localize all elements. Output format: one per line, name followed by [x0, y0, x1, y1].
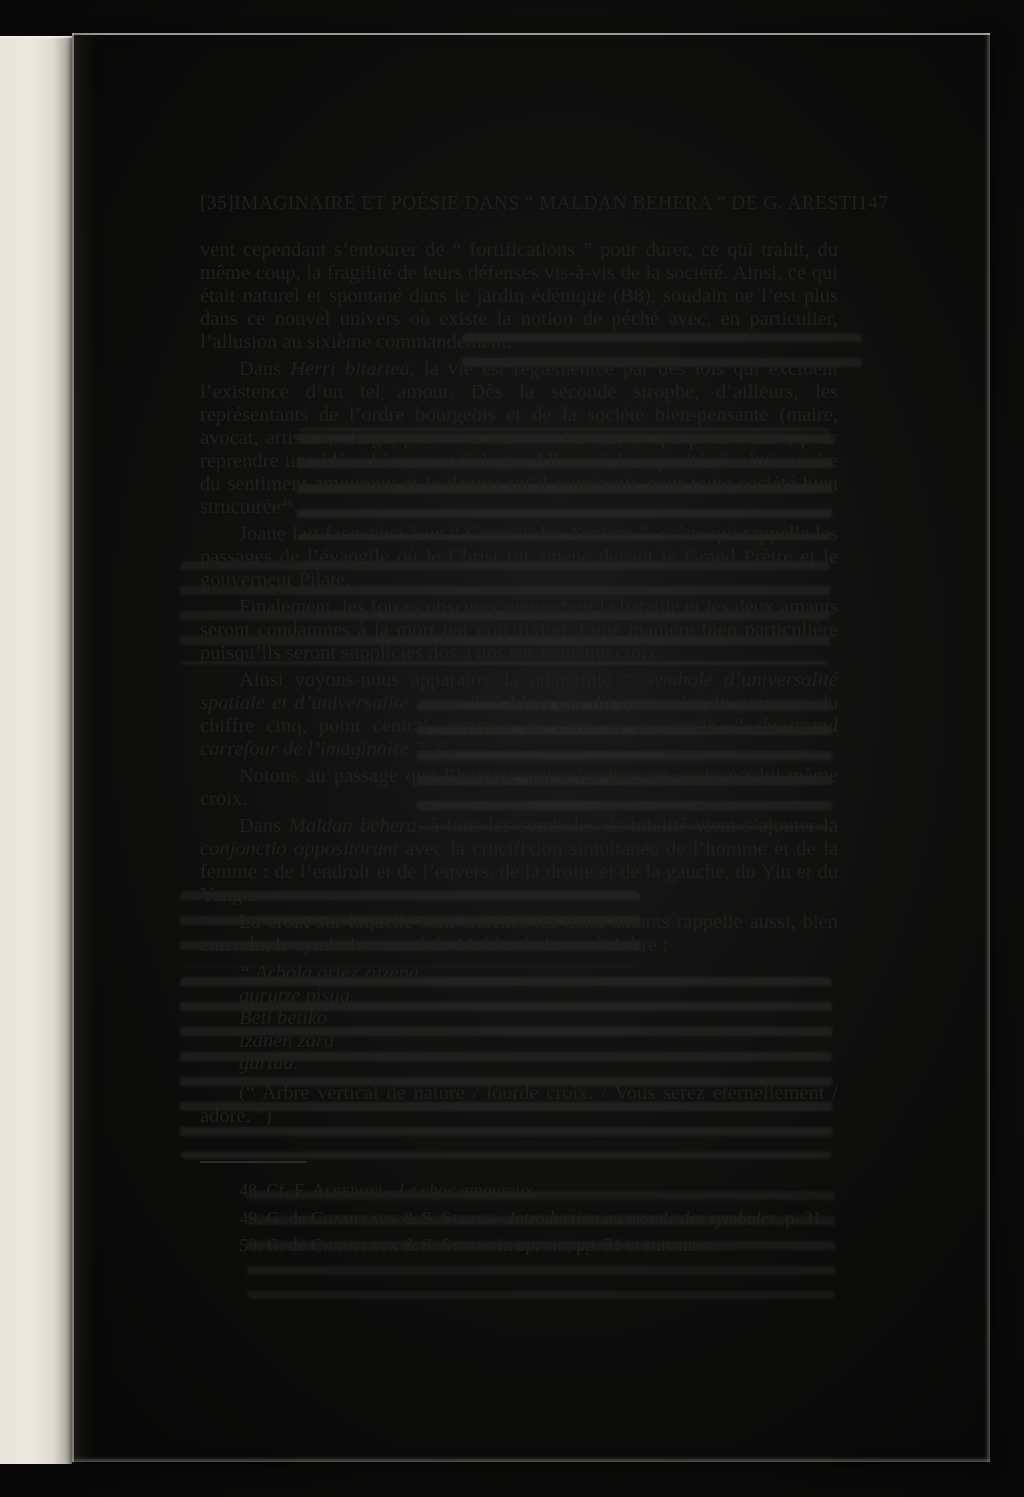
text-segment: 48 [281, 496, 293, 510]
paragraph: La croix sur laquelle sont attachés les … [200, 911, 838, 957]
text-segment: conjonctio oppositorum [200, 838, 398, 860]
poem-line: Beti betiko [239, 1007, 838, 1030]
text-segment: 49. G. de [239, 1208, 311, 1228]
footnote-separator-rule [200, 1161, 307, 1163]
text-segment: Sterks [441, 1208, 494, 1228]
poem-line: “ Arbola artez zuzena [239, 962, 838, 985]
text-segment: , à tous les symboles de totalité vient … [417, 815, 838, 837]
section-marker: [35] [200, 193, 234, 215]
book-page: [35] IMAGINAIRE ET POÉSIE DANS “ MALDAN … [72, 33, 990, 1462]
text-segment: Alberoni [312, 1180, 383, 1200]
poem-quote: “ Arbola artez zuzenagurutze pisua.Beti … [239, 962, 838, 1075]
text-segment: 50. G. de [239, 1235, 311, 1255]
text-segment: 48. Cf. F. [239, 1180, 312, 1200]
text-segment: Le choc amoureux. [398, 1180, 537, 1200]
text-segment: , p. 31. [776, 1208, 826, 1228]
running-head: [35] IMAGINAIRE ET POÉSIE DANS “ MALDAN … [200, 193, 838, 215]
text-segment: op. cit. [517, 1235, 567, 1255]
paragraph: Joane fait face ainsi à un “ Conseil des… [200, 523, 838, 592]
text-segment: . [293, 496, 298, 518]
text-segment: - [493, 1208, 508, 1228]
text-segment: Champeaux [311, 1235, 399, 1255]
footnotes-section: 48. Cf. F. Alberoni - Le choc amoureux.4… [200, 1161, 838, 1262]
text-segment: vent cependant s’entourer de “ fortifica… [200, 239, 838, 353]
text-segment: 49 [484, 692, 502, 706]
text-segment: Sterks [441, 1235, 494, 1255]
text-segment: 50 [431, 738, 446, 752]
paragraph: Ainsi voyons-nous apparaître la quaterni… [200, 669, 838, 761]
paragraph: Notons au passage que l’homme qui a les … [200, 765, 838, 811]
poem-line: izanen zara [239, 1030, 838, 1053]
text-segment: Finalement, les forces obscures remporte… [200, 596, 838, 664]
poem-line: gurtua. ” [239, 1052, 838, 1075]
text-segment: (“ Arbre vertical de nature / lourde cro… [200, 1082, 838, 1127]
article-body: vent cependant s’entourer de “ fortifica… [200, 239, 838, 1132]
paragraph: vent cependant s’entourer de “ fortifica… [200, 239, 838, 354]
paragraph: Dans Herri bitartea, la vie est réglemen… [200, 358, 838, 519]
text-segment: Dans [239, 358, 290, 380]
footnote: 49. G. de Champeaux & S. Sterks - Introd… [200, 1207, 838, 1230]
text-segment: Introduction au monde des symboles [509, 1208, 776, 1228]
scanned-book-spread: [35] IMAGINAIRE ET POÉSIE DANS “ MALDAN … [0, 0, 1024, 1497]
text-segment: Champeaux [311, 1208, 399, 1228]
paragraph: Dans Maldan behera, à tous les symboles … [200, 815, 838, 907]
text-segment: , pp. 31 et suivantes. [567, 1235, 717, 1255]
text-segment: - [383, 1180, 398, 1200]
text-segment: in [493, 1235, 516, 1255]
text-segment: & S. [398, 1235, 441, 1255]
footnote: 50. G. de Champeaux & S. Sterks in op. c… [200, 1234, 838, 1257]
text-segment: Maldan behera [289, 815, 417, 837]
page-number: 147 [858, 193, 888, 215]
text-segment: Dans [239, 815, 289, 837]
paragraph: (“ Arbre vertical de nature / lourde cro… [200, 1082, 838, 1128]
poem-line: gurutze pisua. [239, 985, 838, 1008]
facing-page-edge [0, 36, 72, 1464]
text-segment: Ainsi voyons-nous apparaître la quaterni… [239, 669, 623, 691]
text-segment: Maldan behera [455, 934, 581, 956]
text-segment: Joane fait face ainsi à un “ Conseil des… [200, 523, 838, 591]
paragraph: Finalement, les forces obscures remporte… [200, 596, 838, 665]
footnote-list: 48. Cf. F. Alberoni - Le choc amoureux.4… [200, 1179, 838, 1257]
text-segment: Notons au passage que l’homme qui a les … [200, 765, 838, 810]
text-segment: : l’Arbre : [581, 934, 668, 956]
page-title: IMAGINAIRE ET POÉSIE DANS “ MALDAN BEHER… [234, 193, 858, 215]
text-segment: pénètrent [404, 427, 481, 449]
text-segment: & S. [398, 1208, 441, 1228]
footnote: 48. Cf. F. Alberoni - Le choc amoureux. [200, 1179, 838, 1202]
text-segment: Herri bitartea [290, 358, 410, 380]
